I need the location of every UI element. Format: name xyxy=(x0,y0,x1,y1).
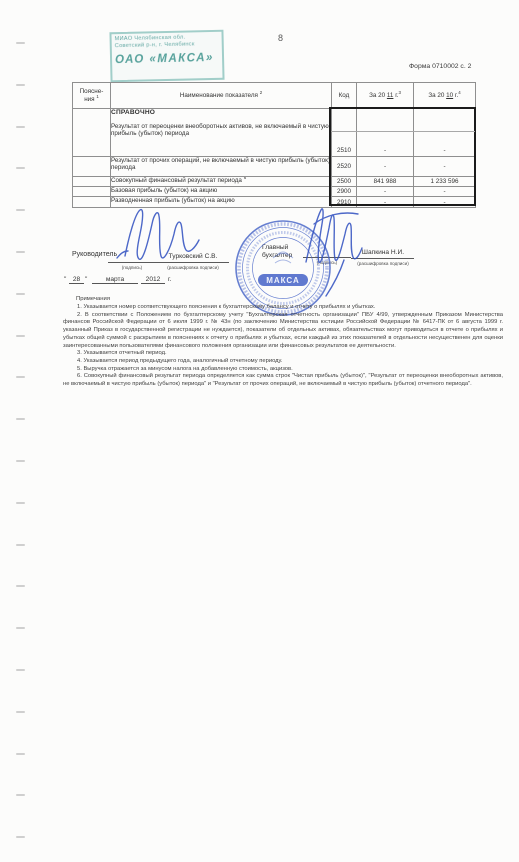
scan-edge-mark xyxy=(16,627,25,629)
date-day: 28 xyxy=(69,276,84,284)
director-role-label: Руководитель xyxy=(72,251,117,258)
explanation-cell xyxy=(73,109,111,157)
code-cell: 2520 xyxy=(332,157,357,177)
explanation-cell xyxy=(73,177,111,187)
date-open-quote: " xyxy=(64,276,66,283)
value-2011-cell: - xyxy=(357,187,414,197)
scan-edge-mark xyxy=(16,376,25,378)
value-2010-cell: - xyxy=(414,187,476,197)
footnote-item: 3. Указывается отчетный период. xyxy=(63,350,503,358)
scan-edge-mark xyxy=(16,669,25,671)
col-header-2011: За 20 11 г.3 xyxy=(357,83,414,109)
value-2011-cell: 841 988 xyxy=(357,177,414,187)
code-cell: 2900 xyxy=(332,187,357,197)
indicator-name-cell: Результат от прочих операций, не включае… xyxy=(111,157,332,177)
scan-edge-mark xyxy=(16,167,25,169)
date-year-suffix: г. xyxy=(168,276,171,283)
footnote-item: 6. Совокупный финансовый результат перио… xyxy=(63,373,503,388)
table-row: СПРАВОЧНО Результат от переоценки внеобо… xyxy=(73,109,476,157)
scan-edge-mark xyxy=(16,460,25,462)
value-2010-cell: 1 233 596 xyxy=(414,177,476,187)
col-header-explanations: Поясне- ния 1 xyxy=(73,83,111,109)
seal-emblem xyxy=(273,252,293,263)
scan-edge-mark xyxy=(16,753,25,755)
value-2011-cell: - xyxy=(357,109,414,157)
accountant-handwritten-signature xyxy=(296,202,376,300)
page-number: 8 xyxy=(278,33,283,43)
date-year: 2012 xyxy=(141,276,165,284)
value-2010-cell: - xyxy=(414,197,476,208)
indicator-name-cell: СПРАВОЧНО Результат от переоценки внеобо… xyxy=(111,109,332,157)
code-cell: 2500 xyxy=(332,177,357,187)
col-header-code: Код xyxy=(332,83,357,109)
footnote-item: 1. Указывается номер соответствующего по… xyxy=(63,304,503,312)
corner-stamp-line2: Советский р-н, г. Челябинск xyxy=(115,41,219,50)
scan-edge-mark xyxy=(16,585,25,587)
indicators-table: Поясне- ния 1 Наименование показателя 2 … xyxy=(72,82,475,208)
value-2010-cell: - xyxy=(414,109,476,157)
scan-edge-mark xyxy=(16,418,25,420)
table-row: Результат от прочих операций, не включае… xyxy=(73,157,476,177)
scan-edge-mark xyxy=(16,293,25,295)
form-label: Форма 0710002 с. 2 xyxy=(409,63,471,70)
indicator-name-cell: Совокупный финансовый результат периода … xyxy=(111,177,332,187)
date-month: марта xyxy=(92,276,138,284)
col-header-indicator-name: Наименование показателя 2 xyxy=(111,83,332,109)
footnote-item: 4. Указывается период предыдущего года, … xyxy=(63,358,503,366)
scan-edge-mark xyxy=(16,251,25,253)
footnotes-title: Примечания xyxy=(76,296,503,302)
scan-edge-mark xyxy=(16,209,25,211)
seal-center-text: МАКСА xyxy=(266,276,300,285)
section-label: СПРАВОЧНО xyxy=(111,109,331,117)
explanation-cell xyxy=(73,187,111,197)
scan-edge-mark xyxy=(16,502,25,504)
scan-edge-mark xyxy=(16,335,25,337)
date-close-quote: " xyxy=(85,276,87,283)
corner-stamp-org-name: ОАО «МАКСА» xyxy=(115,52,219,66)
indicator-name-cell: Базовая прибыль (убыток) на акцию xyxy=(111,187,332,197)
footnote-item: 2. В соответствии с Положением по бухгал… xyxy=(63,312,503,351)
corner-stamp: МИАО Челябинская обл. Советский р-н, г. … xyxy=(109,30,224,83)
scan-edge-mark xyxy=(16,836,25,838)
value-2010-cell: - xyxy=(414,157,476,177)
table-row: Базовая прибыль (убыток) на акцию 2900 -… xyxy=(73,187,476,197)
scan-edge-mark xyxy=(16,544,25,546)
explanation-cell xyxy=(73,197,111,208)
scan-edge-mark xyxy=(16,794,25,796)
table-header-row: Поясне- ния 1 Наименование показателя 2 … xyxy=(73,83,476,109)
col-header-2010: За 20 10 г.4 xyxy=(414,83,476,109)
value-2011-cell: - xyxy=(357,157,414,177)
document-sheet: МИАО Челябинская обл. Советский р-н, г. … xyxy=(0,0,519,862)
code-cell: 2510 xyxy=(332,109,357,157)
table-row: Совокупный финансовый результат периода … xyxy=(73,177,476,187)
explanation-cell xyxy=(73,157,111,177)
director-handwritten-signature xyxy=(113,206,205,268)
footnotes-section: Примечания 1. Указывается номер соответс… xyxy=(63,296,503,389)
scan-edge-mark xyxy=(16,711,25,713)
scan-edge-mark xyxy=(16,126,25,128)
scan-edge-mark xyxy=(16,42,25,44)
scan-edge-mark xyxy=(16,84,25,86)
